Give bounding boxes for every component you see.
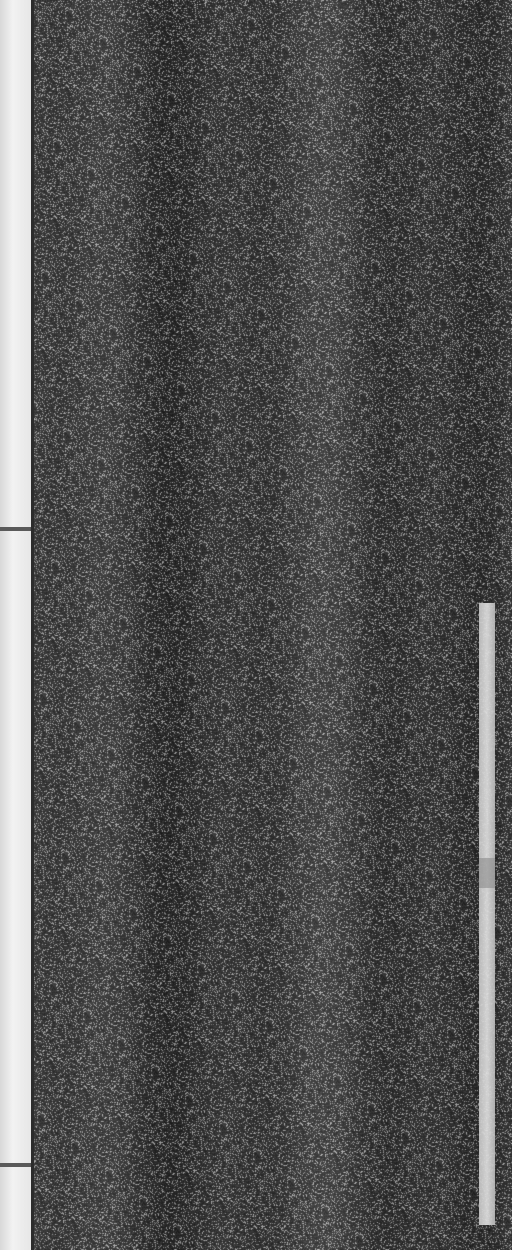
sidewalk-joint	[0, 1163, 34, 1167]
sidewalk-joint	[0, 527, 34, 531]
curb-edge	[31, 0, 34, 1250]
lane-line-wear	[479, 858, 495, 888]
asphalt-surface	[0, 0, 512, 1250]
sidewalk	[0, 0, 32, 1250]
aerial-road-scene	[0, 0, 512, 1250]
lane-line	[479, 603, 495, 1225]
